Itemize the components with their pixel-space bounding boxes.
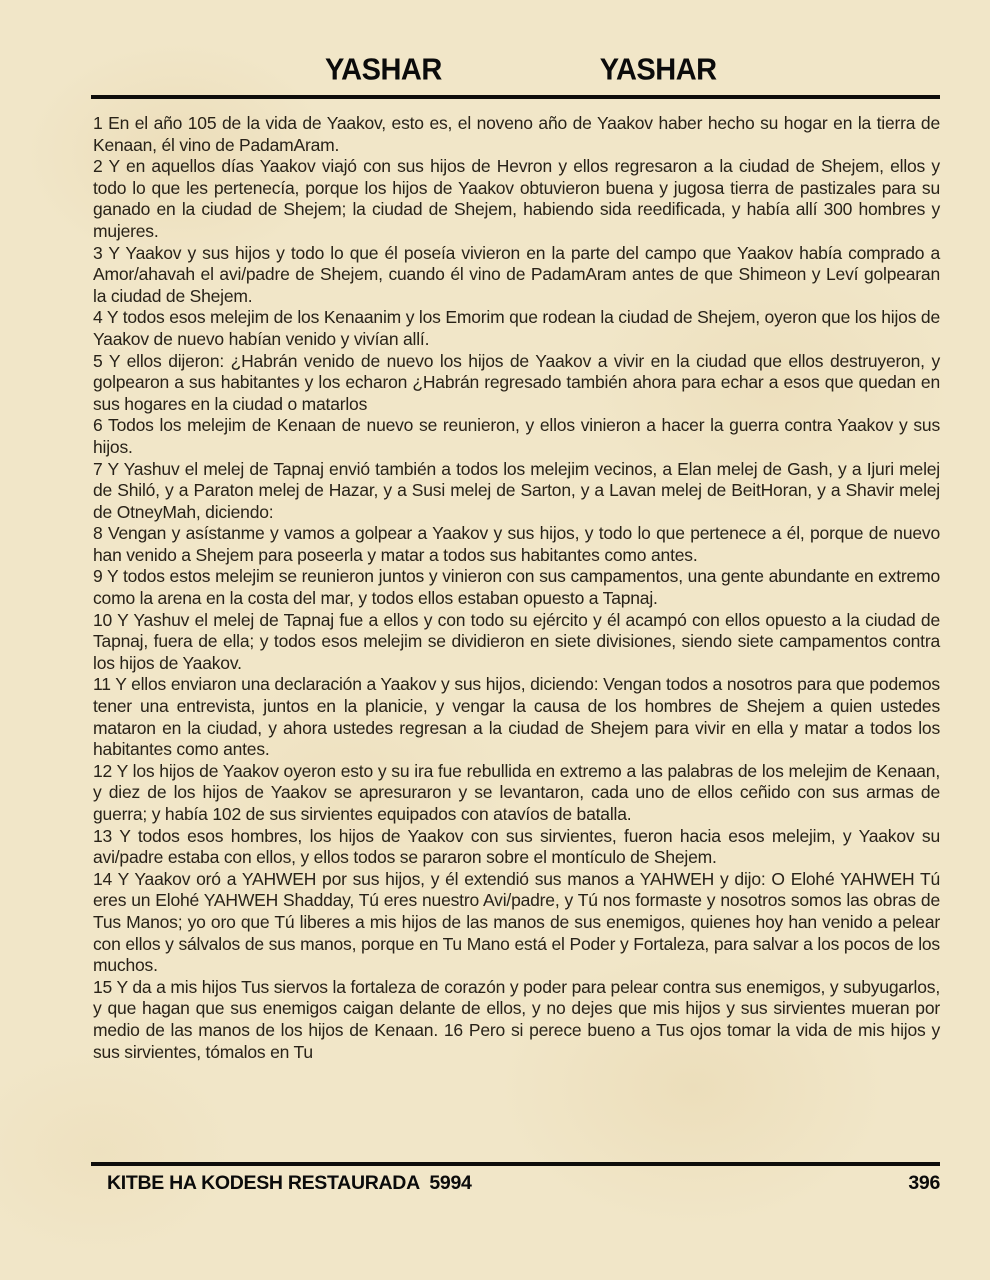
page-footer: KITBE HA KODESH RESTAURADA 5994 396 — [107, 1172, 940, 1195]
footer-book-label: KITBE HA KODESH RESTAURADA 5994 — [107, 1172, 472, 1195]
footer-page-number: 396 — [908, 1172, 940, 1195]
verse-10: 10 Y Yashuv el melej de Tapnaj fue a ell… — [93, 610, 940, 675]
verse-14: 14 Y Yaakov oró a YAHWEH por sus hijos, … — [93, 869, 940, 977]
footer-rule — [91, 1162, 940, 1166]
verse-5: 5 Y ellos dijeron: ¿Habrán venido de nue… — [93, 351, 940, 416]
verse-6: 6 Todos los melejim de Kenaan de nuevo s… — [93, 415, 940, 458]
header-rule — [91, 95, 940, 99]
verse-15: 15 Y da a mis hijos Tus siervos la forta… — [93, 977, 940, 1063]
verse-body: 1 En el año 105 de la vida de Yaakov, es… — [93, 113, 940, 1063]
verse-7: 7 Y Yashuv el melej de Tapnaj envió tamb… — [93, 459, 940, 524]
verse-8: 8 Vengan y asístanme y vamos a golpear a… — [93, 523, 940, 566]
verse-12: 12 Y los hijos de Yaakov oyeron esto y s… — [93, 761, 940, 826]
verse-1: 1 En el año 105 de la vida de Yaakov, es… — [93, 113, 940, 156]
verse-4: 4 Y todos esos melejim de los Kenaanim y… — [93, 307, 940, 350]
document-page: YASHAR YASHAR 1 En el año 105 de la vida… — [0, 0, 990, 1280]
verse-13: 13 Y todos esos hombres, los hijos de Ya… — [93, 826, 940, 869]
page-header: YASHAR YASHAR — [93, 0, 940, 85]
verse-11: 11 Y ellos enviaron una declaración a Ya… — [93, 674, 940, 760]
verse-2: 2 Y en aquellos días Yaakov viajó con su… — [93, 156, 940, 242]
header-title-left: YASHAR — [325, 55, 442, 85]
page-content: YASHAR YASHAR 1 En el año 105 de la vida… — [93, 0, 940, 1063]
verse-9: 9 Y todos estos melejim se reunieron jun… — [93, 566, 940, 609]
verse-3: 3 Y Yaakov y sus hijos y todo lo que él … — [93, 243, 940, 308]
header-title-right: YASHAR — [600, 55, 717, 85]
